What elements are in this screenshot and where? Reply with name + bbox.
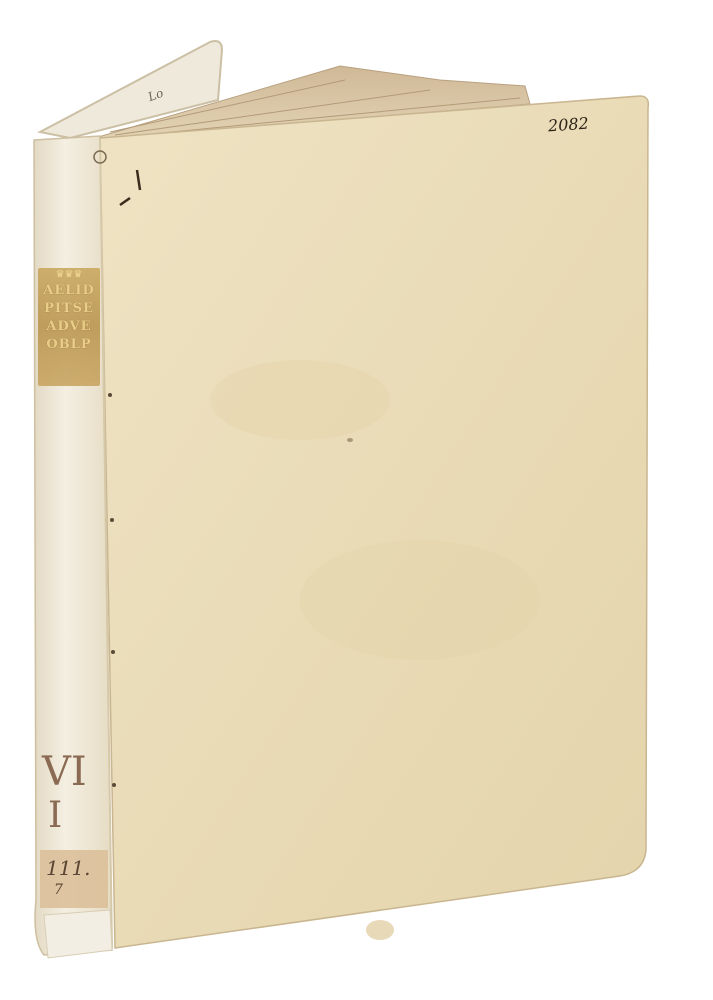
gilt-spine-label: ♛♛♛ AELID PITSE ADVE OBLP bbox=[38, 268, 100, 386]
front-cover bbox=[100, 96, 648, 948]
spine bbox=[34, 136, 112, 955]
gilt-line-4: OBLP bbox=[38, 336, 100, 354]
gilt-line-2: PITSE bbox=[38, 300, 100, 318]
gilt-line-1: AELID bbox=[38, 282, 100, 300]
paper-label-main: 111. bbox=[46, 856, 91, 880]
shelfmark-line-1: VI bbox=[42, 752, 87, 792]
shelfmark-line-2: I bbox=[48, 798, 62, 834]
paper-shelf-label: 111. 7 bbox=[40, 850, 108, 908]
gilt-crown-ornament: ♛♛♛ bbox=[38, 268, 100, 282]
gilt-line-3: ADVE bbox=[38, 318, 100, 336]
book-photo: Lo ♛♛♛ AELID PITSE ADVE OBLP 2082 VI I 1… bbox=[0, 0, 713, 1000]
inventory-number: 2082 bbox=[547, 114, 589, 136]
paper-label-sub: 7 bbox=[54, 882, 63, 898]
